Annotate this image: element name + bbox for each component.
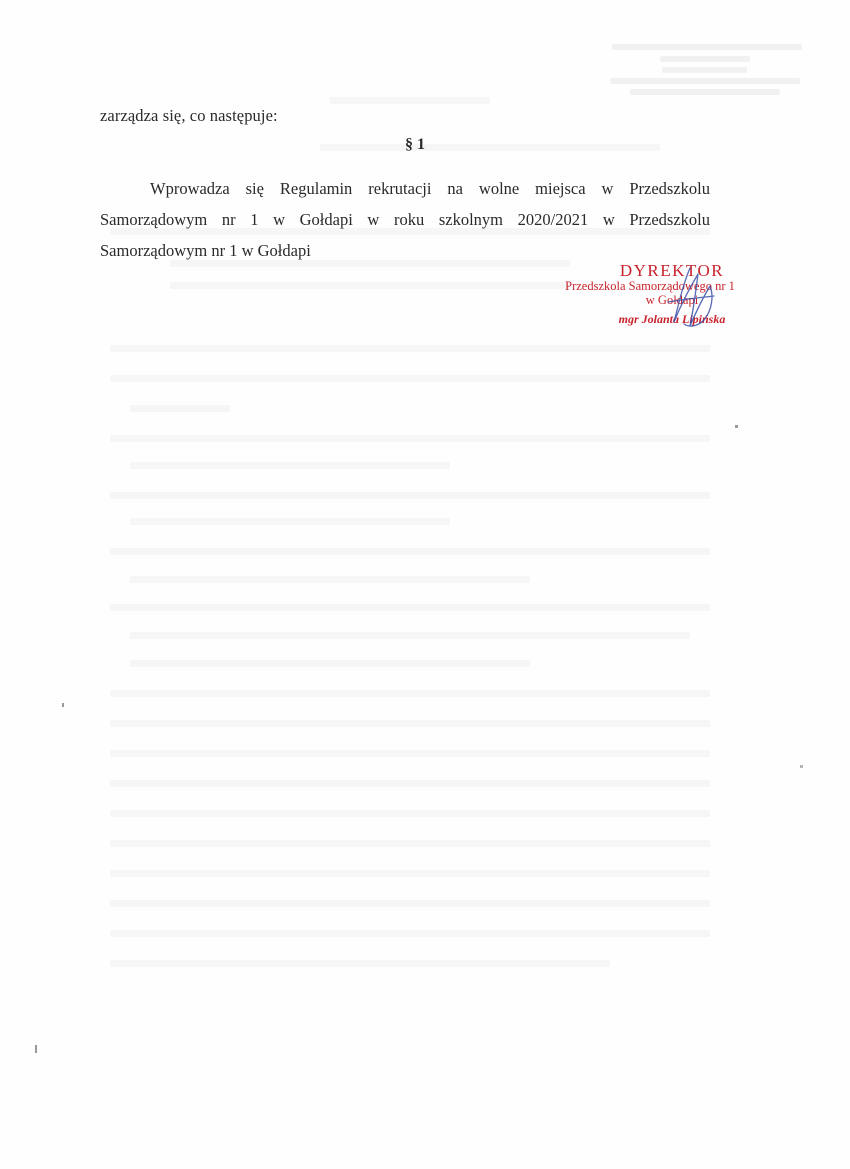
section-paragraph: Wprowadza się Regulamin rekrutacji na wo… <box>100 173 710 266</box>
scan-speck <box>735 425 738 428</box>
handwritten-signature-icon <box>660 262 720 342</box>
intro-line: zarządza się, co następuje: <box>100 106 278 126</box>
scanned-page: zarządza się, co następuje: § 1 Wprowadz… <box>0 0 850 1169</box>
scan-speck <box>35 1045 37 1053</box>
section-heading: § 1 <box>0 136 850 154</box>
scan-speck <box>62 703 64 707</box>
section-heading-text: § 1 <box>405 136 425 153</box>
scan-speck <box>800 765 803 768</box>
